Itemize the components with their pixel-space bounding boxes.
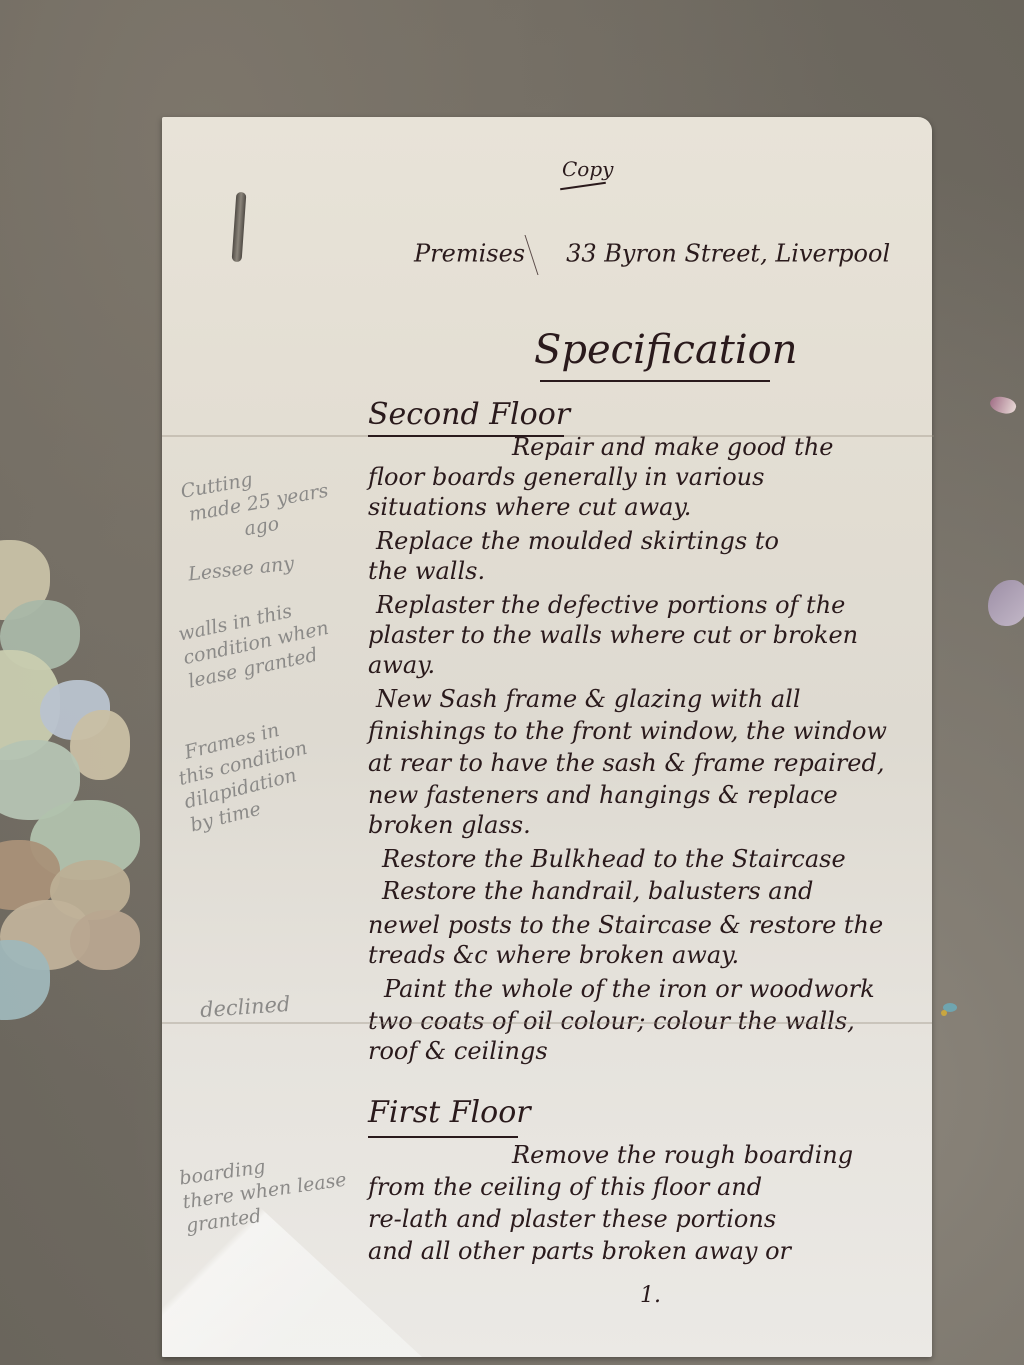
body-line: Restore the handrail, balusters and	[382, 877, 813, 905]
debris-speck	[941, 1010, 947, 1016]
body-line: and all other parts broken away or	[368, 1237, 791, 1265]
body-line: New Sash frame & glazing with all	[376, 685, 801, 713]
body-line: new fasteners and hangings & replace	[368, 781, 838, 809]
body-line: Remove the rough boarding	[512, 1141, 853, 1169]
body-line: the walls.	[368, 557, 485, 585]
copy-mark: Copy	[562, 157, 613, 181]
body-line: finishings to the front window, the wind…	[368, 717, 887, 745]
body-line: Replaster the defective portions of the	[376, 591, 845, 619]
body-line: re-lath and plaster these portions	[368, 1205, 776, 1233]
dried-hydrangea	[0, 540, 170, 1030]
body-line: floor boards generally in various	[368, 463, 764, 491]
margin-note: walls in this condition when lease grant…	[176, 592, 336, 693]
section-heading-first-floor: First Floor	[368, 1095, 531, 1130]
body-line: roof & ceilings	[368, 1037, 548, 1065]
body-line: two coats of oil colour; colour the wall…	[368, 1007, 855, 1035]
body-line: Replace the moulded skirtings to	[376, 527, 779, 555]
document-title: Specification	[534, 327, 798, 373]
pin-fastener	[232, 192, 247, 263]
body-line: at rear to have the sash & frame repaire…	[368, 749, 884, 777]
bracket-stroke	[525, 235, 561, 275]
specification-document: Copy Premises33 Byron Street, Liverpool …	[162, 117, 932, 1357]
body-line: newel posts to the Staircase & restore t…	[368, 911, 883, 939]
body-line: situations where cut away.	[368, 493, 691, 521]
title-underline	[540, 380, 770, 382]
body-line: broken glass.	[368, 811, 531, 839]
body-line: from the ceiling of this floor and	[368, 1173, 762, 1201]
margin-note: declined	[199, 992, 291, 1022]
margin-note: Cutting made 25 years ago	[179, 455, 334, 551]
body-line: plaster to the walls where cut or broken	[368, 621, 858, 649]
premises-label: Premises	[414, 240, 525, 268]
margin-note: Frames in this condition dilapidation by…	[170, 712, 321, 837]
body-line: Repair and make good the	[512, 433, 833, 461]
body-line: treads &c where broken away.	[368, 941, 739, 969]
premises-address: 33 Byron Street, Liverpool	[566, 240, 890, 268]
petal-fragment	[988, 580, 1024, 626]
section-heading-second-floor: Second Floor	[368, 397, 570, 432]
body-line: away.	[368, 651, 435, 679]
copy-underline	[560, 182, 606, 190]
premises-line: Premises33 Byron Street, Liverpool	[414, 235, 890, 275]
body-line: Restore the Bulkhead to the Staircase	[382, 845, 846, 873]
body-line: Paint the whole of the iron or woodwork	[384, 975, 875, 1003]
page-number: 1.	[640, 1283, 661, 1308]
margin-note: Lessee any	[187, 552, 295, 587]
petal-fragment	[988, 393, 1018, 417]
section-underline	[368, 1136, 518, 1138]
